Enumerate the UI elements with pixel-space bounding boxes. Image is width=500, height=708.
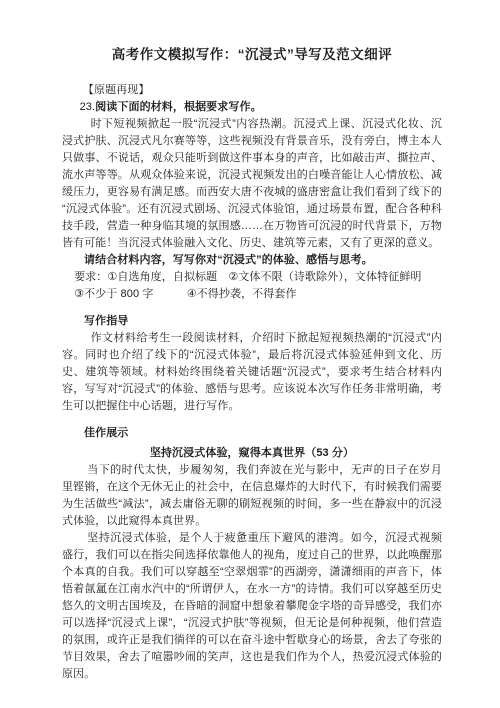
material-paragraph: 时下短视频掀起一股“沉浸式”内容热潮。沉浸式上课、沉浸式化妆、沉浸式护肤、沉浸式… (62, 116, 442, 252)
question-header: 23.阅读下面的材料，根据要求写作。 (62, 99, 442, 116)
essay-paragraph-2: 坚持沉浸式体验，是个人于疲惫重压下避风的港湾。如今，沉浸式视频盛行，我们可以在指… (62, 530, 442, 683)
showcase-heading: 佳作展示 (62, 425, 442, 442)
requirements-line-1: 要求：①自选角度，自拟标题 ②文体不限（诗歌除外），文体特征鲜明 (62, 269, 442, 286)
question-instruction: 阅读下面的材料，根据要求写作。 (95, 101, 262, 113)
task-request-line: 请结合材料内容，写写你对“沉浸式”的体验、感悟与思考。 (62, 252, 442, 269)
essay-title: 坚持沉浸式体验，窥得本真世界（53 分） (62, 445, 442, 462)
section-label-original-question: 【原题再现】 (62, 82, 442, 99)
writing-guide-heading: 写作指导 (62, 313, 442, 330)
question-number: 23. (80, 101, 96, 113)
requirements-line-2: ③不少于 800 字 ④不得抄袭，不得套作 (62, 286, 442, 303)
writing-guide-body: 作文材料给考生一段阅读材料，介绍时下掀起短视频热潮的“沉浸式”内容。同时也介绍了… (62, 330, 442, 415)
essay-paragraph-1: 当下的时代太快，步履匆匆，我们奔波在光与影中，无声的日子在岁月里铿锵，在这个无休… (62, 462, 442, 530)
document-page: 高考作文模拟写作：“沉浸式”导写及范文细评 【原题再现】 23.阅读下面的材料，… (0, 0, 500, 708)
document-title: 高考作文模拟写作：“沉浸式”导写及范文细评 (62, 46, 442, 64)
